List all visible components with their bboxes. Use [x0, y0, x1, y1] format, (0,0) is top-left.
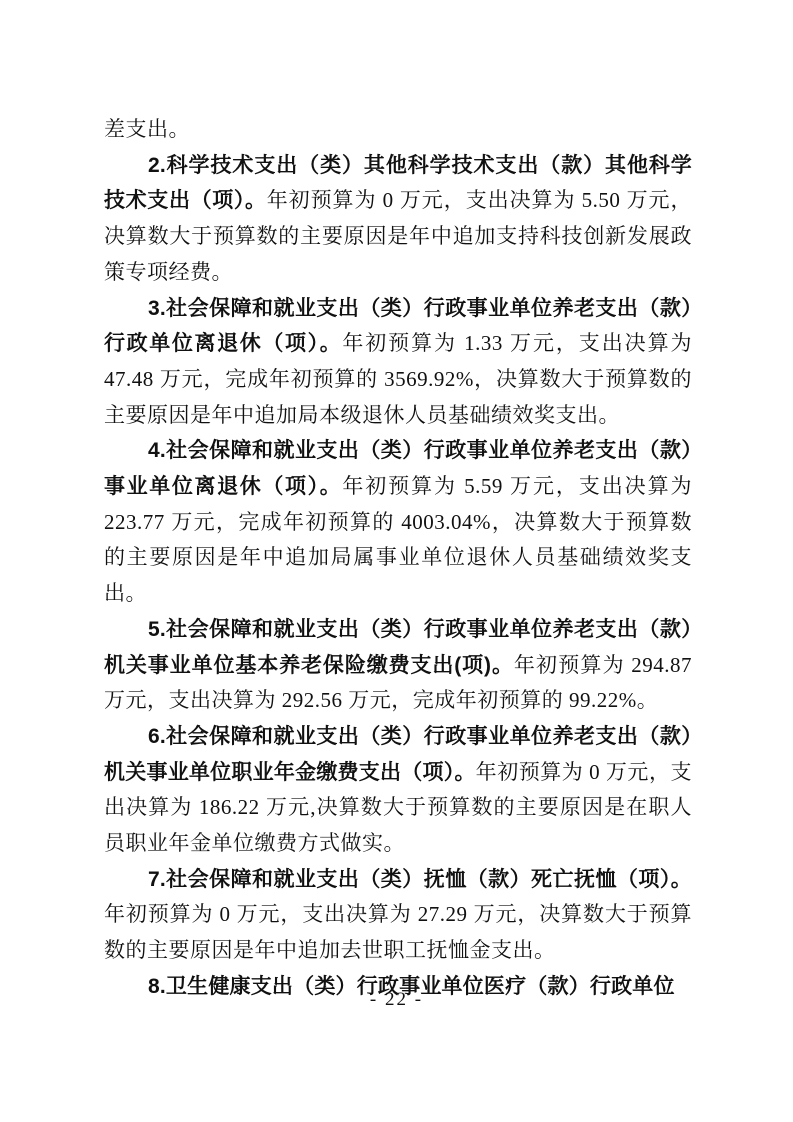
- paragraph-item-6: 6.社会保障和就业支出（类）行政事业单位养老支出（款）机关事业单位职业年金缴费支…: [104, 719, 692, 862]
- page-number: - 22 -: [0, 989, 793, 1011]
- paragraph-body: 年初预算为 0 万元，支出决算为 27.29 万元，决算数大于预算数的主要原因是…: [104, 902, 692, 962]
- document-page: 差支出。 2.科学技术支出（类）其他科学技术支出（款）其他科学技术支出（项）。年…: [0, 0, 793, 1122]
- paragraph-item-3: 3.社会保障和就业支出（类）行政事业单位养老支出（款）行政单位离退休（项）。年初…: [104, 291, 692, 434]
- paragraph-body: 差支出。: [104, 117, 190, 141]
- document-body: 差支出。 2.科学技术支出（类）其他科学技术支出（款）其他科学技术支出（项）。年…: [104, 112, 692, 1005]
- paragraph-item-4: 4.社会保障和就业支出（类）行政事业单位养老支出（款）事业单位离退休（项）。年初…: [104, 433, 692, 612]
- paragraph-item-7: 7.社会保障和就业支出（类）抚恤（款）死亡抚恤（项）。年初预算为 0 万元，支出…: [104, 862, 692, 969]
- paragraph-continuation: 差支出。: [104, 112, 692, 148]
- paragraph-item-2: 2.科学技术支出（类）其他科学技术支出（款）其他科学技术支出（项）。年初预算为 …: [104, 148, 692, 291]
- paragraph-lead: 7.社会保障和就业支出（类）抚恤（款）死亡抚恤（项）。: [148, 868, 692, 891]
- paragraph-item-5: 5.社会保障和就业支出（类）行政事业单位养老支出（款）机关事业单位基本养老保险缴…: [104, 612, 692, 719]
